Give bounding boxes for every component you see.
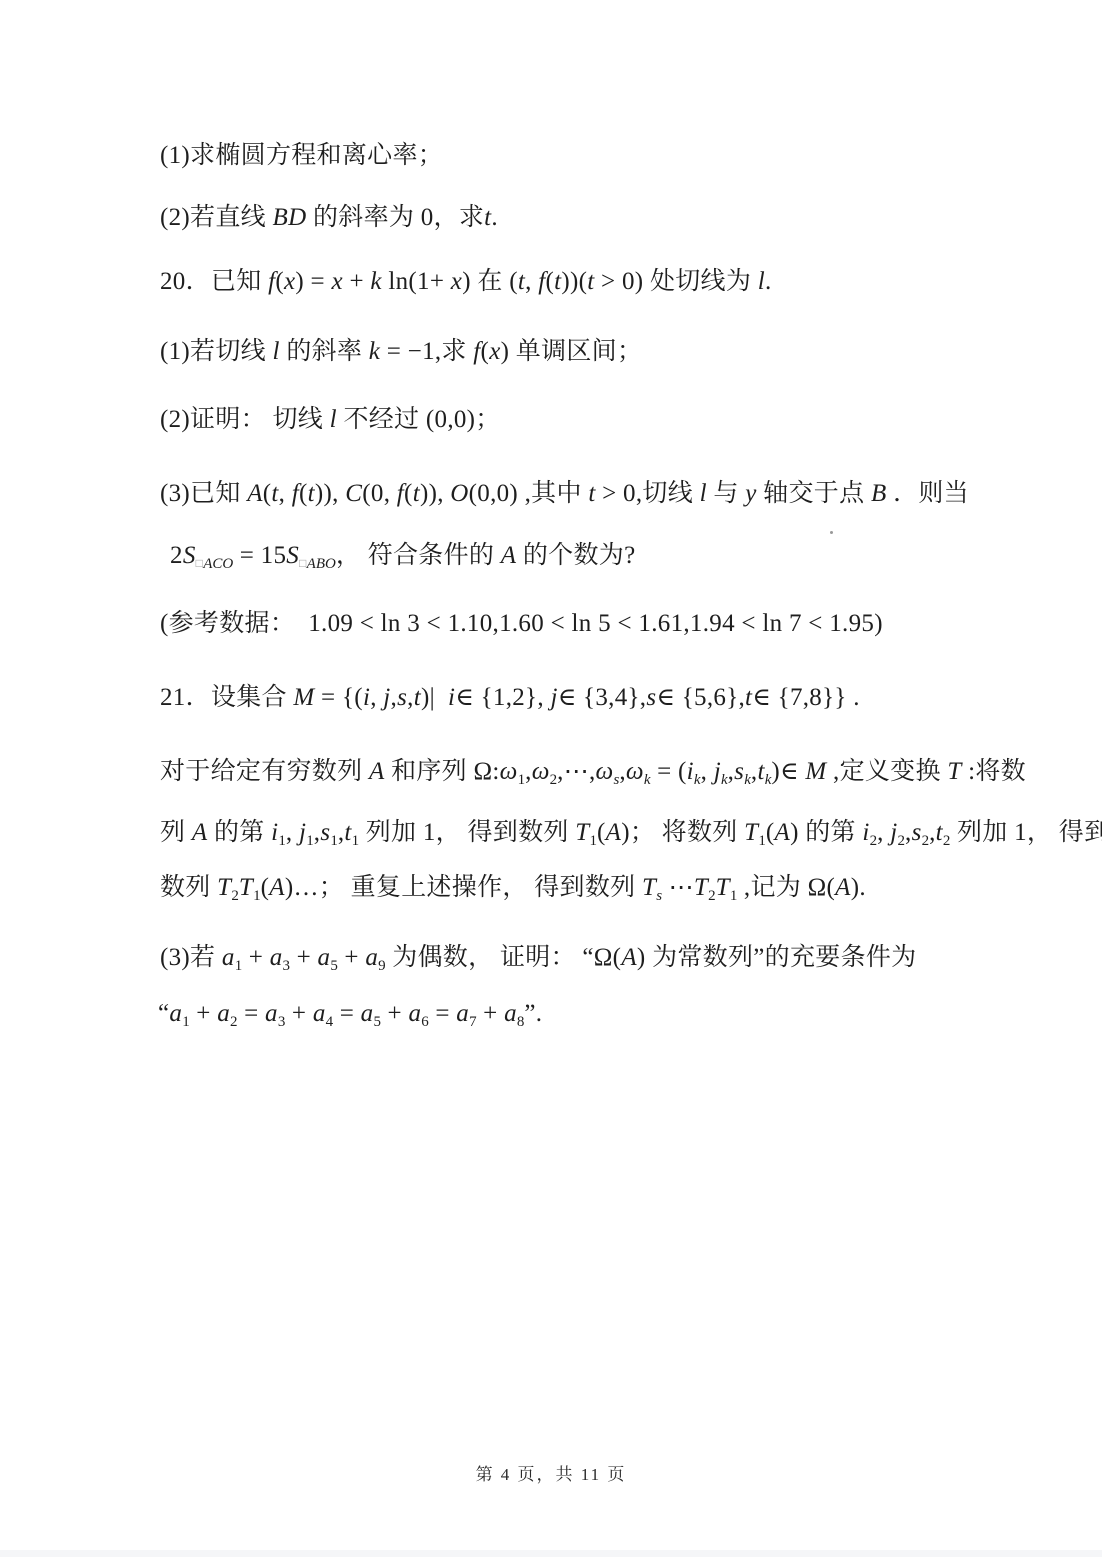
text-segment: y [745,480,756,507]
text-segment: 不经过 (0,0)； [337,406,501,433]
text-segment: (1)若切线 [160,338,273,365]
text-segment: ( [299,480,308,507]
text-segment: a [504,1000,517,1027]
text-segment: a [222,944,235,971]
text-segment: )), [420,480,450,507]
text-segment: 2 [898,833,906,849]
text-segment: A [775,819,791,846]
text-segment: 对于给定有穷数列 [160,758,369,785]
text-segment: 列加 1， 得到数列 [359,819,575,846]
text-segment: l [330,406,337,433]
text-segment: 轴交于点 [757,480,871,507]
text-segment: + [285,1000,313,1027]
text-segment: 列加 1， 得到 [950,819,1102,846]
text-segment: BD [273,204,307,231]
text-segment: T [239,874,253,901]
text-segment: T [947,758,961,785]
text-segment: = [333,1000,361,1027]
line-q19-part1: (1)求椭圆方程和离心率； [160,140,443,172]
line-q21-part3b: “a1 + a2 = a3 + a4 = a5 + a6 = a7 + a8”. [158,998,542,1038]
text-segment: > 0) 处切线为 [594,268,757,295]
text-segment: 1 [589,833,597,849]
text-segment: :将数 [962,758,1026,785]
text-segment: )| [421,684,448,711]
line-q21-part3a: (3)若 a1 + a3 + a5 + a9 为偶数， 证明： “Ω(A) 为常… [160,942,916,982]
text-segment: = [238,1000,266,1027]
text-segment: ln(1+ [382,268,451,295]
text-segment: 1 [278,833,286,849]
line-q20-part2: (2)证明： 切线 l 不经过 (0,0)； [160,404,501,436]
page-number-footer: 第 4 页，共 11 页 [0,1460,1102,1485]
text-segment: t [413,480,420,507]
text-segment: , [525,268,538,295]
text-segment: (参考数据： 1.09 < ln 3 < 1.10,1.60 < ln 5 < … [160,610,883,637]
text-segment: a [217,1000,230,1027]
text-segment: ω [626,758,644,785]
text-segment: 2 [922,833,930,849]
text-segment: 1 [306,833,314,849]
text-segment: + [242,944,270,971]
line-q21-para3: 数列 T2T1(A)…； 重复上述操作， 得到数列 Ts ⋯T2T1 ,记为 Ω… [160,872,866,912]
text-segment: , [701,758,714,785]
text-segment: S [286,542,299,569]
line-q20-part3a: (3)已知 A(t, f(t)), C(0, f(t)), O(0,0) ,其中… [160,478,969,510]
text-segment: 6 [421,1014,429,1030]
text-segment: )), [315,480,345,507]
text-segment: ))( [561,268,587,295]
text-segment: 数列 [160,874,217,901]
text-segment: (3)若 [160,944,222,971]
text-segment: k [721,772,728,788]
line-q21-stem: 21．设集合 M = {(i, j,s,t)| i∈ {1,2}, j∈ {3,… [160,682,860,714]
text-segment: ω [596,758,614,785]
text-segment: s [734,758,744,785]
text-segment: 1 [518,772,526,788]
text-segment: ( [275,268,284,295]
text-segment: T [217,874,231,901]
text-segment: i [687,758,694,785]
line-q21-para1: 对于给定有穷数列 A 和序列 Ω:ω1,ω2,⋯,ωs,ωk = (ik, jk… [160,756,1026,796]
text-segment: j [890,819,897,846]
text-segment: + [190,1000,218,1027]
text-segment: i [862,819,869,846]
text-segment: S [183,542,196,569]
text-segment: 5 [330,958,338,974]
text-segment: 2 [170,542,183,569]
text-segment: , [877,819,890,846]
text-segment: = 15 [233,542,286,569]
text-segment: + [477,1000,505,1027]
line-q20-part3b: 2S□ACO = 15S□ABO， 符合条件的 A 的个数为? [170,540,635,580]
text-segment: ( [597,819,606,846]
line-q19-part2: (2)若直线 BD 的斜率为 0，求t. [160,202,498,234]
text-segment: ). [851,874,866,901]
text-segment: s [397,684,407,711]
text-segment: 5 [373,1014,381,1030]
text-segment: t [344,819,351,846]
text-segment: )； 将数列 [621,819,744,846]
text-segment: (2)证明： 切线 [160,406,330,433]
page-bottom-edge [0,1550,1102,1557]
exam-document-page: (1)求椭圆方程和离心率； (2)若直线 BD 的斜率为 0，求t. 20．已知… [0,0,1102,1557]
text-segment: T [642,874,656,901]
text-segment: s [912,819,922,846]
text-segment: ) 的第 [790,819,862,846]
text-segment: ．则当 [887,480,969,507]
text-segment: ABO [307,556,336,572]
text-segment: t [518,268,525,295]
text-segment: ACO [203,556,233,572]
text-segment: + [381,1000,409,1027]
text-segment: T [575,819,589,846]
text-segment: t [757,758,764,785]
text-segment: ∈ {1,2}, [455,684,550,711]
text-segment: a [169,1000,182,1027]
text-segment: 的斜率为 0，求 [306,204,484,231]
text-segment: )∈ [771,758,805,785]
text-segment: ) 在 ( [462,268,518,295]
text-segment: A [621,944,637,971]
text-segment: k [644,772,651,788]
text-segment: x [451,268,462,295]
text-segment: 20．已知 [160,268,268,295]
text-segment: , [370,684,383,711]
text-segment: T [694,874,708,901]
text-segment: f [397,480,404,507]
text-segment: )…； 重复上述操作， 得到数列 [285,874,642,901]
text-segment: A [835,874,851,901]
text-segment: ,⋯, [557,758,595,785]
text-segment: ∈ {5,6}, [656,684,745,711]
text-segment: ( [545,268,554,295]
text-segment: 21．设集合 [160,684,293,711]
text-segment: O [450,480,468,507]
line-q20-reference-data: (参考数据： 1.09 < ln 3 < 1.10,1.60 < ln 5 < … [160,608,883,640]
text-segment: T [716,874,730,901]
text-segment: M [293,684,314,711]
text-segment: a [456,1000,469,1027]
text-segment: 1 [330,833,338,849]
text-segment: = [429,1000,457,1027]
line-q20-part1: (1)若切线 l 的斜率 k = −1,求 f(x) 单调区间； [160,336,642,368]
text-segment: + [338,944,366,971]
text-segment: 3 [283,958,291,974]
text-segment: ) 为常数列”的充要条件为 [637,944,917,971]
text-segment: 9 [378,958,386,974]
text-segment: ∈ {7,8}} . [752,684,860,711]
text-segment: ,定义变换 [826,758,947,785]
text-segment: f [473,338,480,365]
text-segment: ( [766,819,775,846]
text-segment: ， 符合条件的 [336,542,501,569]
text-segment: + [290,944,318,971]
text-segment: j [714,758,721,785]
text-segment: = −1,求 [380,338,473,365]
text-segment: 2 [230,1014,238,1030]
text-segment: 2 [708,888,716,904]
text-segment: 1 [758,833,766,849]
text-segment: 与 [707,480,745,507]
text-segment: s [646,684,656,711]
text-segment: ,记为 Ω( [737,874,835,901]
text-segment: ω [500,758,518,785]
text-segment: f [292,480,299,507]
text-segment: . [491,204,498,231]
text-segment: > 0,切线 [596,480,700,507]
text-segment: 和序列 Ω: [385,758,500,785]
text-segment: ) = [295,268,331,295]
text-segment: ∈ {3,4}, [558,684,647,711]
text-segment: j [550,684,557,711]
text-segment: A [369,758,385,785]
text-segment: 的个数为? [516,542,635,569]
text-segment: C [345,480,362,507]
text-segment: j [383,684,390,711]
text-segment: T [744,819,758,846]
text-segment: A [192,819,208,846]
text-segment: t [588,480,595,507]
text-segment: + [343,268,371,295]
text-segment: l [273,338,280,365]
text-segment: ω [532,758,550,785]
text-segment: (0, [362,480,397,507]
text-segment: a [361,1000,374,1027]
text-segment: , [286,819,299,846]
text-segment: A [269,874,285,901]
text-segment: a [318,944,331,971]
text-segment: a [313,1000,326,1027]
text-segment: t [308,480,315,507]
text-segment: a [270,944,283,971]
text-segment: M [805,758,826,785]
text-segment: , [279,480,292,507]
text-segment: A [247,480,263,507]
text-segment: (2)若直线 [160,204,273,231]
text-segment: ⋯ [662,874,694,901]
text-segment: s [320,819,330,846]
text-segment: ( [404,480,413,507]
text-segment: a [365,944,378,971]
text-segment: . [765,268,772,295]
text-segment: k [369,338,380,365]
text-segment: B [871,480,887,507]
text-segment: 列 [160,819,192,846]
text-segment: t [414,684,421,711]
text-segment: “ [158,1000,169,1027]
text-segment: x [489,338,500,365]
text-segment: k [370,268,381,295]
scan-artifact-dot [830,531,833,534]
text-segment: 的第 [207,819,271,846]
text-segment: ( [481,338,490,365]
text-segment: 为偶数， 证明： “Ω( [386,944,622,971]
text-segment: 7 [469,1014,477,1030]
text-segment: t [271,480,278,507]
text-segment: (3)已知 [160,480,247,507]
text-segment: ) 单调区间； [501,338,643,365]
line-q20-stem: 20．已知 f(x) = x + k ln(1+ x) 在 (t, f(t))(… [160,266,772,298]
text-segment: x [331,268,342,295]
text-segment: = {( [315,684,363,711]
text-segment: (1)求椭圆方程和离心率； [160,142,443,169]
text-segment: k [744,772,751,788]
text-segment: = ( [651,758,687,785]
text-segment: a [265,1000,278,1027]
text-segment: l [700,480,707,507]
text-segment: t [936,819,943,846]
text-segment: ( [261,874,270,901]
text-segment: a [408,1000,421,1027]
text-segment: x [284,268,295,295]
text-segment: ”. [524,1000,542,1027]
text-segment: 的斜率 [280,338,369,365]
text-segment: A [606,819,622,846]
text-segment: l [758,268,765,295]
text-segment: 1 [253,888,261,904]
line-q21-para2: 列 A 的第 i1, j1,s1,t1 列加 1， 得到数列 T1(A)； 将数… [160,817,1102,857]
text-segment: 2 [231,888,239,904]
text-segment: 1 [182,1014,190,1030]
text-segment: □ [299,556,307,570]
text-segment: A [501,542,517,569]
text-segment: (0,0) ,其中 [469,480,589,507]
text-segment: k [694,772,701,788]
